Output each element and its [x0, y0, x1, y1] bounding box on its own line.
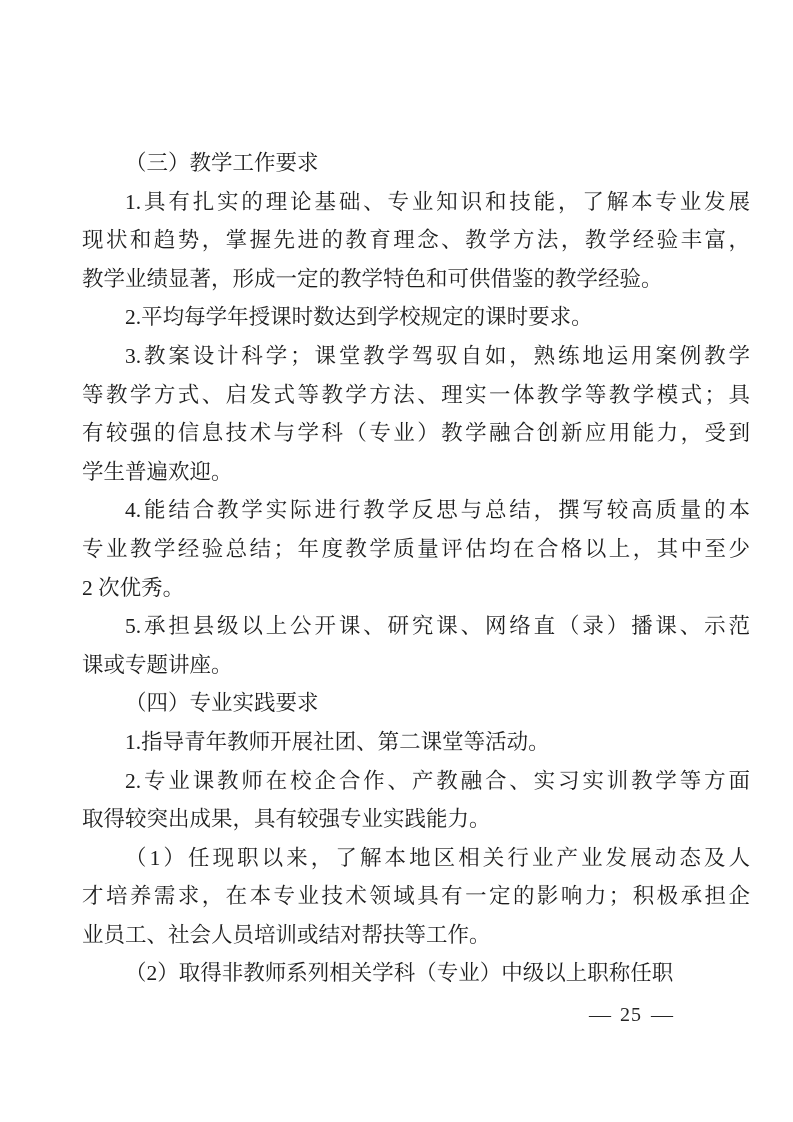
text-line: 4.能结合教学实际进行教学反思与总结，撰写较高质量的本 — [82, 491, 750, 530]
text-line: 2 次优秀。 — [82, 569, 750, 608]
paragraph: 1.具有扎实的理论基础、专业知识和技能，了解本专业发展现状和趋势，掌握先进的教育… — [82, 183, 750, 299]
text-line: 学生普遍欢迎。 — [82, 453, 750, 492]
text-line: 业员工、社会人员培训或结对帮扶等工作。 — [82, 916, 750, 955]
text-line: 课或专题讲座。 — [82, 646, 750, 685]
paragraph: （1）任现职以来，了解本地区相关行业产业发展动态及人才培养需求，在本专业技术领域… — [82, 839, 750, 955]
paragraph: 1.指导青年教师开展社团、第二课堂等活动。 — [82, 723, 750, 762]
text-line: 2.专业课教师在校企合作、产教融合、实习实训教学等方面 — [82, 762, 750, 801]
text-line: 取得较突出成果，具有较强专业实践能力。 — [82, 800, 750, 839]
text-line: 5.承担县级以上公开课、研究课、网络直（录）播课、示范 — [82, 607, 750, 646]
footer-dash-left: — — [589, 1001, 611, 1029]
text-line: 才培养需求，在本专业技术领域具有一定的影响力；积极承担企 — [82, 877, 750, 916]
page-footer: — 25 — — [590, 1001, 672, 1029]
text-line: 专业教学经验总结；年度教学质量评估均在合格以上，其中至少 — [82, 530, 750, 569]
footer-dash-right: — — [651, 1001, 673, 1029]
paragraph: 2.专业课教师在校企合作、产教融合、实习实训教学等方面取得较突出成果，具有较强专… — [82, 762, 750, 839]
paragraph: 5.承担县级以上公开课、研究课、网络直（录）播课、示范课或专题讲座。 — [82, 607, 750, 684]
text-line: 1.具有扎实的理论基础、专业知识和技能，了解本专业发展 — [82, 183, 750, 222]
text-line: （三）教学工作要求 — [82, 144, 750, 183]
document-page: （三）教学工作要求1.具有扎实的理论基础、专业知识和技能，了解本专业发展现状和趋… — [0, 0, 793, 1122]
text-line: 2.平均每学年授课时数达到学校规定的课时要求。 — [82, 298, 750, 337]
paragraph: 2.平均每学年授课时数达到学校规定的课时要求。 — [82, 298, 750, 337]
section-heading: （三）教学工作要求 — [82, 144, 750, 183]
text-line: 有较强的信息技术与学科（专业）教学融合创新应用能力，受到 — [82, 414, 750, 453]
document-body: （三）教学工作要求1.具有扎实的理论基础、专业知识和技能，了解本专业发展现状和趋… — [82, 144, 750, 993]
text-line: 现状和趋势，掌握先进的教育理念、教学方法，教学经验丰富， — [82, 221, 750, 260]
text-line: 教学业绩显著，形成一定的教学特色和可供借鉴的教学经验。 — [82, 260, 750, 299]
text-line: （1）任现职以来，了解本地区相关行业产业发展动态及人 — [82, 839, 750, 878]
paragraph: 3.教案设计科学；课堂教学驾驭自如，熟练地运用案例教学等教学方式、启发式等教学方… — [82, 337, 750, 491]
page-number: 25 — [620, 1001, 642, 1029]
section-heading: （四）专业实践要求 — [82, 684, 750, 723]
text-line: 等教学方式、启发式等教学方法、理实一体教学等教学模式；具 — [82, 376, 750, 415]
paragraph: （2）取得非教师系列相关学科（专业）中级以上职称任职 — [82, 954, 750, 993]
text-line: （2）取得非教师系列相关学科（专业）中级以上职称任职 — [82, 954, 750, 993]
text-line: （四）专业实践要求 — [82, 684, 750, 723]
text-line: 3.教案设计科学；课堂教学驾驭自如，熟练地运用案例教学 — [82, 337, 750, 376]
paragraph: 4.能结合教学实际进行教学反思与总结，撰写较高质量的本专业教学经验总结；年度教学… — [82, 491, 750, 607]
text-line: 1.指导青年教师开展社团、第二课堂等活动。 — [82, 723, 750, 762]
